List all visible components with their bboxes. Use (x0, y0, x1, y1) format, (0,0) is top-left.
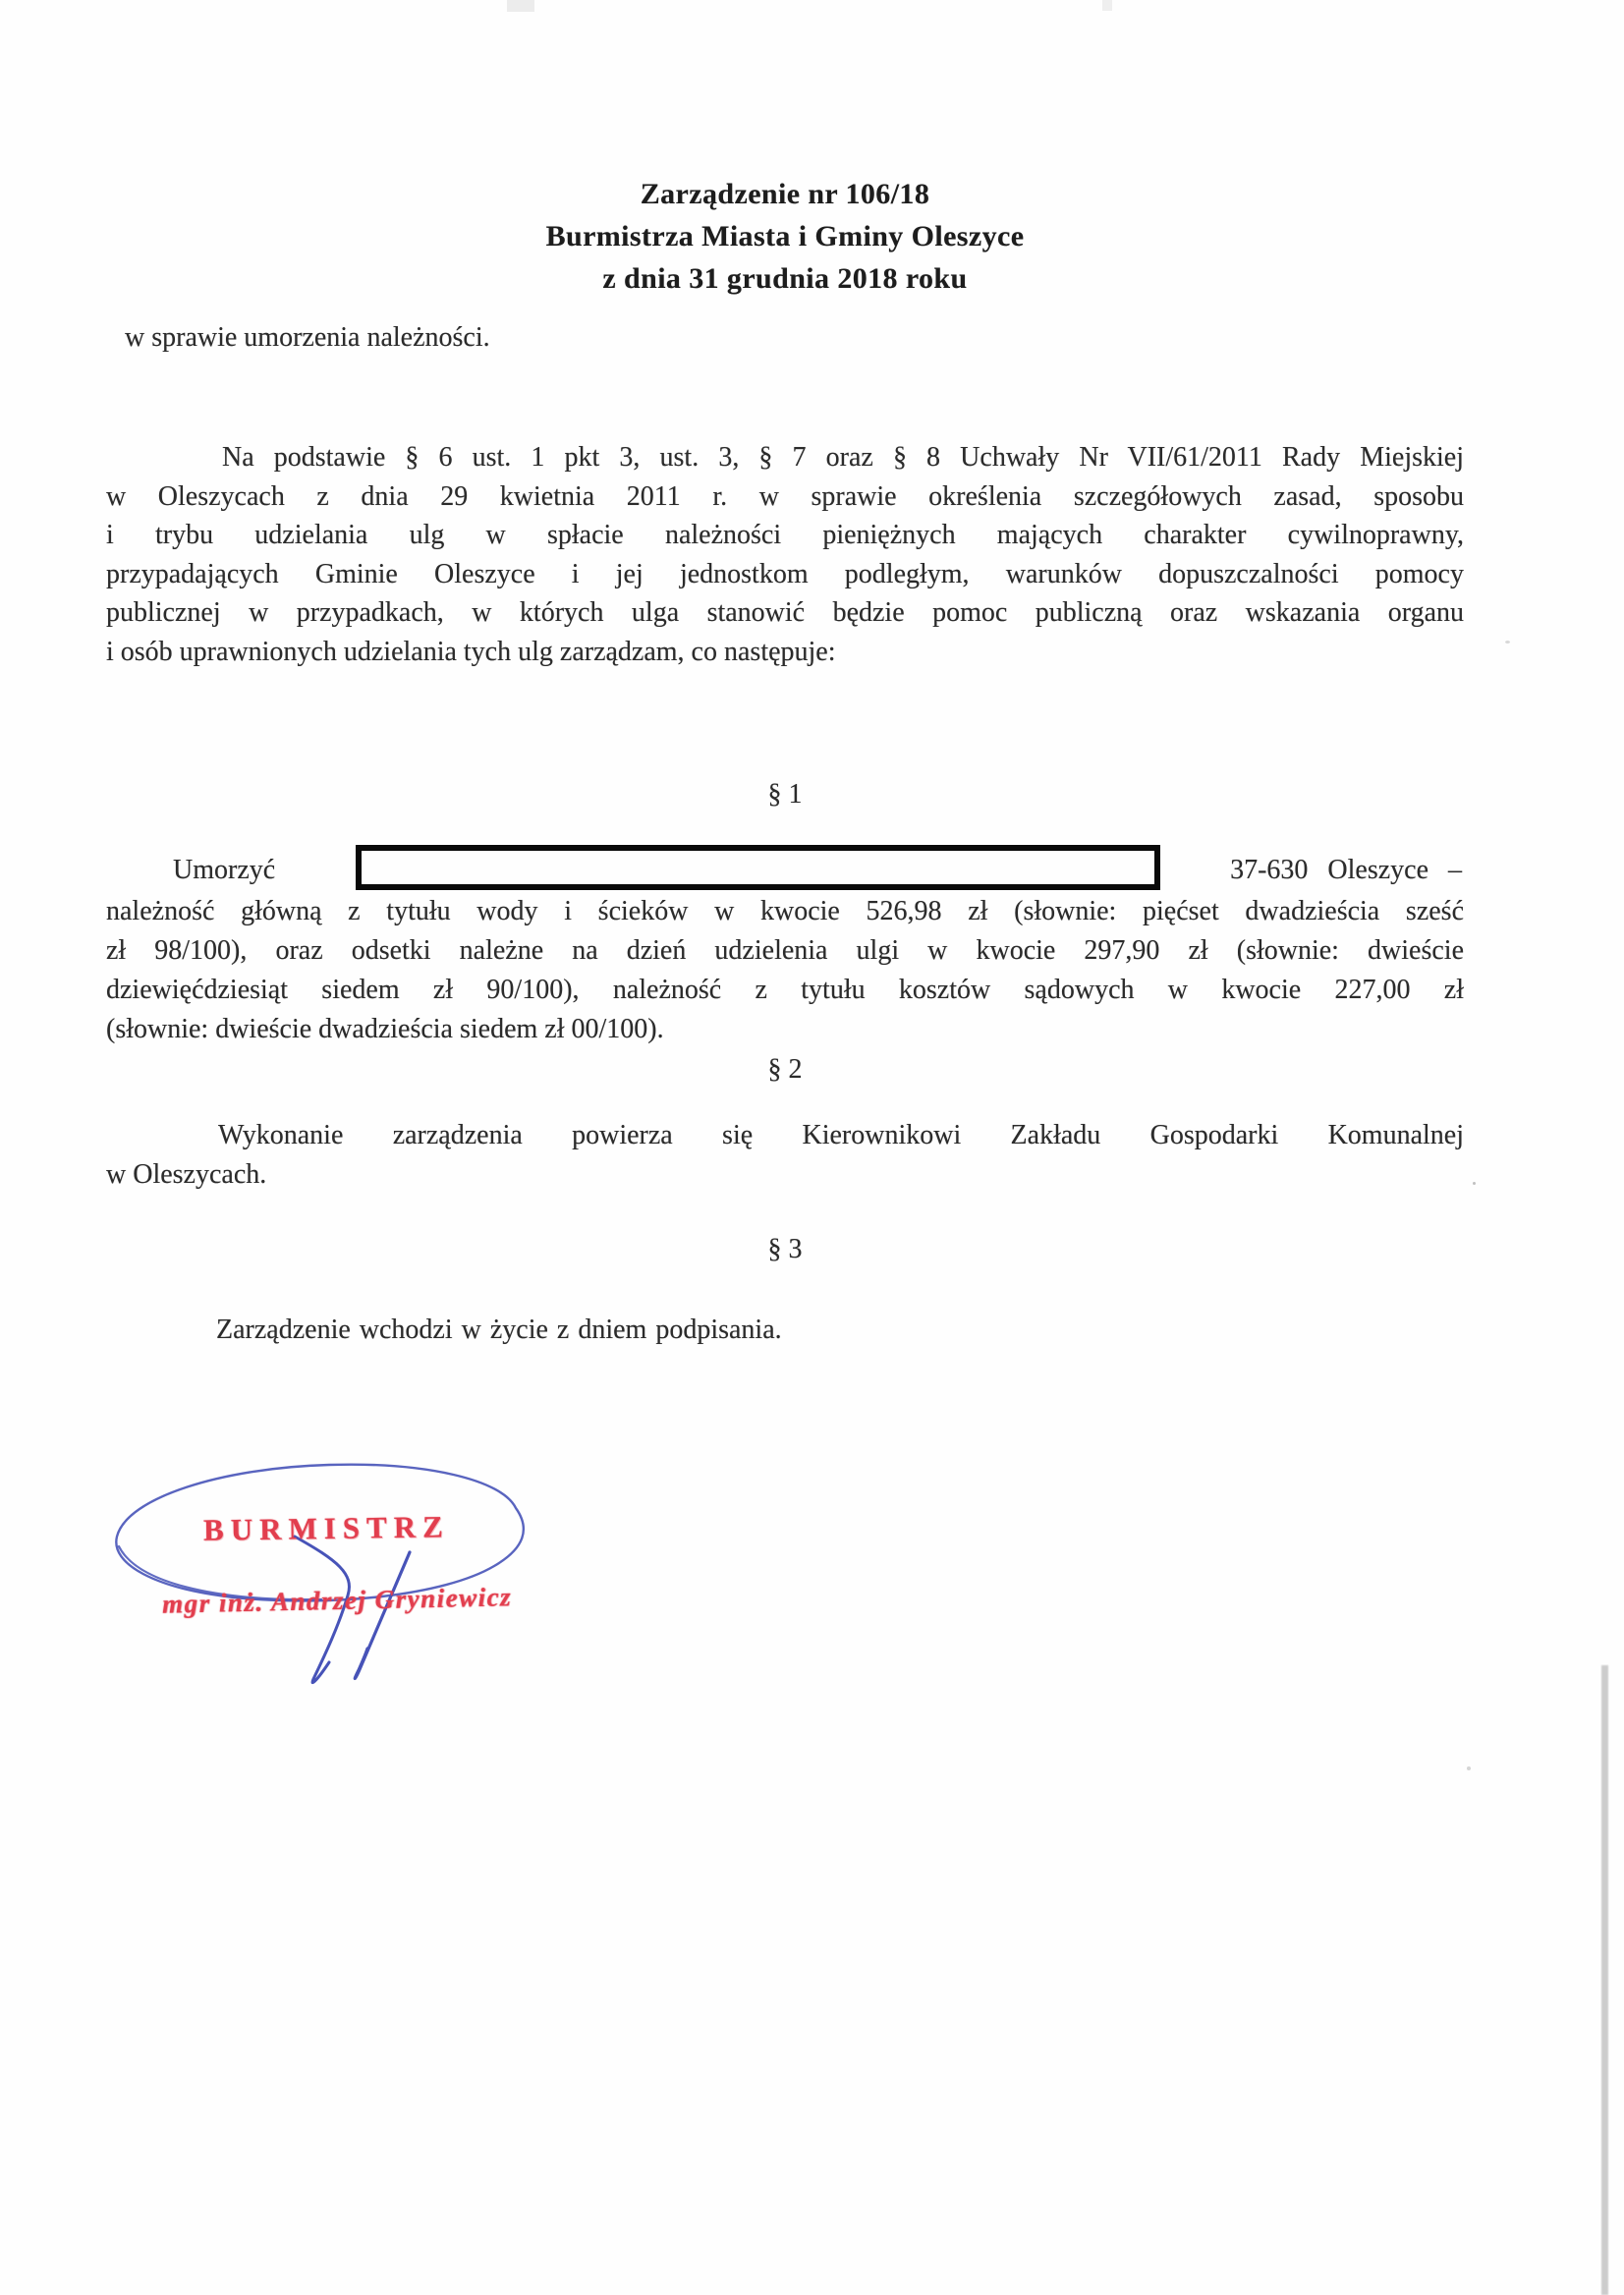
scan-edge-shadow (1601, 1665, 1608, 2295)
text-line: zł 98/100), oraz odsetki należne na dzie… (106, 931, 1464, 971)
mayor-stamp-and-signature: BURMISTRZ mgr inż. Andrzej Gryniewicz (93, 1452, 604, 1757)
section-2-last-line: w Oleszycach. (106, 1155, 1464, 1195)
scanned-document-page: Zarządzenie nr 106/18 Burmistrza Miasta … (0, 0, 1624, 2295)
section-1-justified-lines: należność główną z tytułu wody i ścieków… (106, 892, 1464, 1010)
title-line-date: z dnia 31 grudnia 2018 roku (106, 257, 1464, 300)
scan-artifact (1467, 1766, 1471, 1770)
section-1-paragraph: należność główną z tytułu wody i ścieków… (106, 892, 1464, 1049)
umorzyc-label: Umorzyć (173, 855, 275, 886)
section-2-heading: § 2 (106, 1054, 1464, 1086)
section-1-heading: § 1 (106, 779, 1464, 811)
scan-artifact (507, 0, 534, 12)
document-title: Zarządzenie nr 106/18 Burmistrza Miasta … (106, 173, 1464, 300)
scan-artifact (1473, 1182, 1476, 1185)
preamble-paragraph: Na podstawie § 6 ust. 1 pkt 3, ust. 3, §… (106, 438, 1464, 671)
scan-artifact (1505, 641, 1510, 644)
section-3-paragraph: Zarządzenie wchodzi w życie z dniem podp… (106, 1315, 1464, 1346)
text-line: w Oleszycach z dnia 29 kwietnia 2011 r. … (106, 477, 1464, 517)
section-2-paragraph: Wykonanie zarządzenia powierza się Kiero… (106, 1116, 1464, 1195)
section-3-heading: § 3 (106, 1234, 1464, 1265)
document-subject: w sprawie umorzenia należności. (125, 322, 490, 354)
section-3-last-line: Zarządzenie wchodzi w życie z dniem podp… (106, 1315, 1464, 1346)
section-2-justified-lines: Wykonanie zarządzenia powierza się Kiero… (106, 1116, 1464, 1155)
redaction-box (356, 845, 1160, 890)
text-line: Wykonanie zarządzenia powierza się Kiero… (106, 1116, 1464, 1155)
text-line: dziewięćdziesiąt siedem zł 90/100), nale… (106, 971, 1464, 1010)
text-line: przypadających Gminie Oleszyce i jej jed… (106, 555, 1464, 594)
text-line: i trybu udzielania ulg w spłacie należno… (106, 516, 1464, 555)
preamble-justified-lines: Na podstawie § 6 ust. 1 pkt 3, ust. 3, §… (106, 438, 1464, 633)
title-line-order-number: Zarządzenie nr 106/18 (106, 173, 1464, 215)
section-1-last-line: (słownie: dwieście dwadzieścia siedem zł… (106, 1010, 1464, 1049)
scan-artifact (1102, 0, 1112, 11)
text-line: Na podstawie § 6 ust. 1 pkt 3, ust. 3, §… (106, 438, 1464, 477)
preamble-last-line: i osób uprawnionych udzielania tych ulg … (106, 633, 1464, 672)
text-line: należność główną z tytułu wody i ścieków… (106, 892, 1464, 931)
stamp-title: BURMISTRZ (203, 1509, 450, 1547)
title-line-issuer: Burmistrza Miasta i Gminy Oleszyce (106, 215, 1464, 257)
postal-code-city-text: 37-630 Oleszyce – (1230, 855, 1462, 886)
text-line: publicznej w przypadkach, w których ulga… (106, 593, 1464, 633)
section-1-first-line: Umorzyć 37-630 Oleszyce – (106, 845, 1464, 896)
